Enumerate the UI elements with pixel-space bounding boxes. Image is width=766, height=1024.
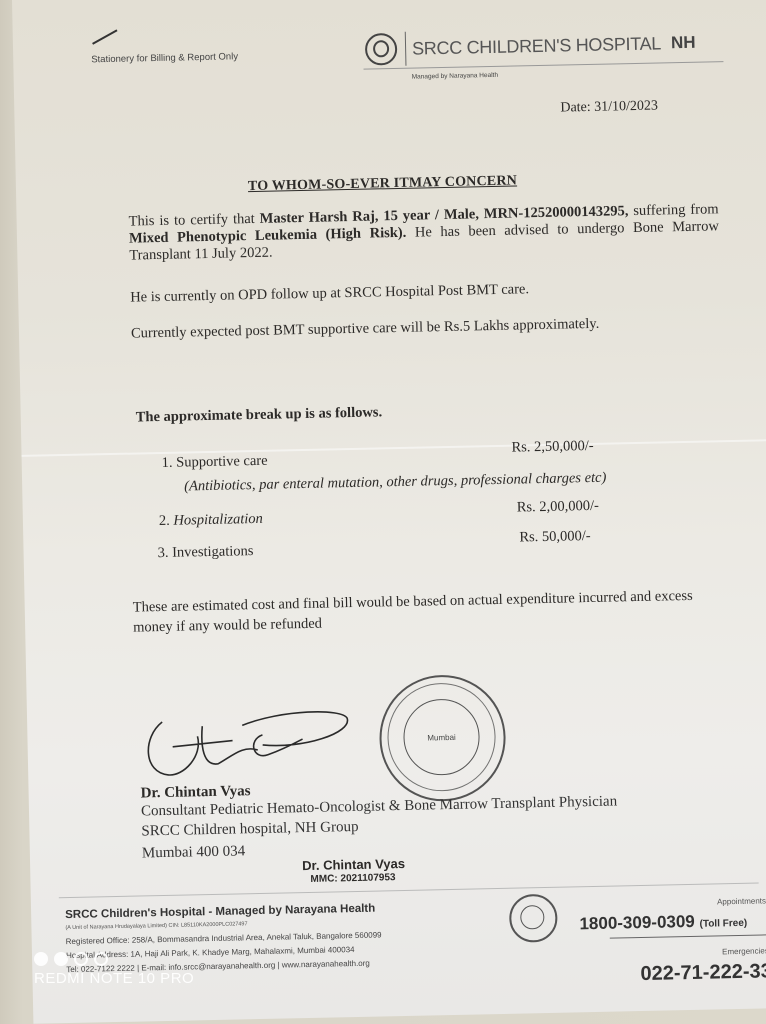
closing-paragraph: These are estimated cost and final bill … (133, 585, 734, 638)
watermark-text: REDMI NOTE 10 PRO (34, 970, 194, 987)
dot-outline-icon (94, 952, 108, 966)
stationery-note: Stationery for Billing & Report Only (91, 51, 238, 65)
letter-date: Date: 31/10/2023 (560, 98, 658, 116)
footer-title: SRCC Children's Hospital - Managed by Na… (65, 903, 375, 921)
stamp-text: Mumbai (427, 732, 456, 742)
item-note-text: (Antibiotics, par enteral mutation, othe… (184, 470, 606, 495)
emergencies-label: Emergencies (722, 946, 766, 956)
breakup-item-1: 1. Supportive care (162, 453, 268, 472)
cost-paragraph: Currently expected post BMT supportive c… (131, 313, 721, 342)
item-label: Hospitalization (173, 511, 263, 529)
doctor-registration: MMC: 2021107953 (310, 872, 395, 885)
dot-icon (54, 952, 68, 966)
phone-divider (610, 934, 766, 939)
para-text: suffering from (628, 201, 718, 219)
appointments-label: Appointments (717, 896, 766, 906)
emblem-icon (509, 894, 558, 943)
certification-paragraph: This is to certify that Master Harsh Raj… (128, 201, 719, 264)
doctor-signature (142, 693, 354, 787)
para-text: This is to certify that (128, 211, 259, 230)
item-amount: Rs. 50,000/- (519, 528, 591, 546)
footer-rule (59, 883, 759, 899)
followup-paragraph: He is currently on OPD follow up at SRCC… (130, 277, 720, 306)
logo-divider (405, 32, 407, 66)
watermark-dots (34, 952, 194, 966)
item-amount: Rs. 2,00,000/- (517, 498, 600, 517)
item-number: 1. (162, 455, 173, 471)
doctor-name: Dr. Chintan Vyas (140, 783, 250, 802)
hospital-stamp: Mumbai (378, 674, 507, 803)
emergencies-number: 022-71-222-333 (640, 960, 766, 986)
managed-by: Managed by Narayana Health (412, 72, 499, 81)
item-number: 2. (159, 513, 170, 529)
doctor-organization: SRCC Children hospital, NH Group (141, 819, 358, 841)
item-number: 3. (157, 545, 168, 561)
item-label: Investigations (172, 543, 254, 561)
letter-title: TO WHOM-SO-EVER ITMAY CONCERN (248, 173, 517, 195)
breakup-item-2: 2. Hospitalization (159, 511, 263, 530)
appointments-number: 1800-309-0309 (Toll Free) (579, 911, 747, 935)
dot-outline-icon (74, 952, 88, 966)
item-note: (Antibiotics, par enteral mutation, othe… (184, 470, 606, 496)
dot-icon (34, 952, 48, 966)
toll-free-tag: (Toll Free) (699, 918, 747, 930)
breakup-item-3: 3. Investigations (157, 543, 253, 562)
registered-office: Registered Office: 258/A, Bommasandra In… (66, 930, 382, 946)
letter-page: Stationery for Billing & Report Only SRC… (12, 0, 766, 1024)
item-label: Supportive care (176, 453, 268, 471)
child-face-logo-icon (365, 33, 398, 66)
doctor-city: Mumbai 400 034 (142, 843, 246, 862)
hospital-name: SRCC CHILDREN'S HOSPITAL (412, 33, 661, 59)
doctor-seal-name: Dr. Chintan Vyas (302, 856, 405, 873)
hospital-logo: SRCC CHILDREN'S HOSPITAL NH (365, 26, 696, 67)
item-amount: Rs. 2,50,000/- (511, 438, 594, 457)
nh-logo: NH (671, 33, 696, 54)
footer-cin: (A Unit of Narayana Hrudayalaya Limited)… (65, 921, 247, 931)
appointments-phone: 1800-309-0309 (579, 912, 695, 933)
breakup-title: The approximate break up is as follows. (136, 404, 383, 426)
pen-mark (92, 29, 117, 44)
paper-fold (22, 439, 766, 457)
camera-watermark: REDMI NOTE 10 PRO (34, 952, 194, 987)
